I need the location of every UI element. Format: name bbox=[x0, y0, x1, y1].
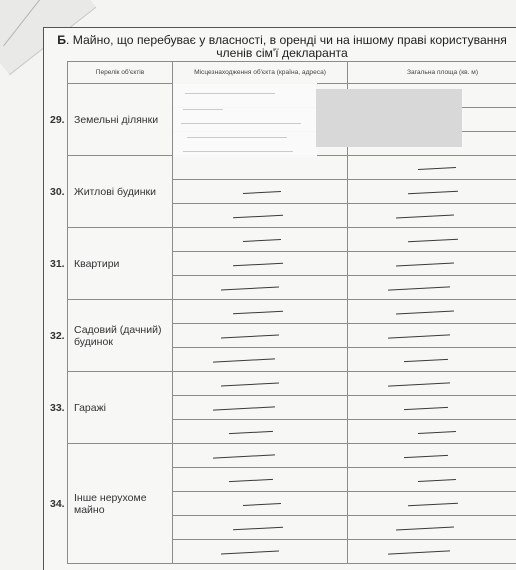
location-cell bbox=[173, 516, 348, 540]
area-cell bbox=[348, 492, 516, 516]
handwritten-dash bbox=[229, 430, 273, 433]
area-cell bbox=[348, 276, 516, 300]
handwritten-dash bbox=[233, 310, 283, 314]
location-cell bbox=[173, 348, 348, 372]
area-cell bbox=[348, 348, 516, 372]
row-label-cell: 30.Житлові будинки bbox=[68, 156, 173, 228]
handwritten-dash bbox=[388, 382, 450, 386]
area-cell bbox=[348, 324, 516, 348]
handwritten-dash bbox=[418, 431, 456, 434]
area-cell bbox=[348, 468, 516, 492]
location-cell bbox=[173, 252, 348, 276]
row-number: 32. bbox=[50, 330, 65, 342]
handwritten-dash bbox=[396, 214, 454, 218]
row-number: 29. bbox=[50, 114, 65, 126]
location-cell bbox=[173, 396, 348, 420]
handwritten-dash bbox=[213, 406, 275, 410]
handwritten-dash bbox=[233, 526, 283, 530]
section-title: Б. Майно, що перебуває у власності, в ор… bbox=[44, 34, 516, 60]
row-label: Квартири bbox=[74, 258, 119, 270]
redaction-block-area bbox=[316, 89, 462, 147]
handwritten-dash bbox=[221, 382, 279, 386]
location-cell bbox=[173, 204, 348, 228]
handwritten-dash bbox=[396, 262, 454, 266]
location-cell bbox=[173, 444, 348, 468]
location-cell bbox=[173, 276, 348, 300]
location-cell bbox=[173, 228, 348, 252]
location-cell bbox=[173, 156, 348, 180]
location-cell bbox=[173, 420, 348, 444]
header-location: Місцезнаходження об'єкта (країна, адреса… bbox=[173, 62, 348, 84]
row-label: Гаражі bbox=[74, 402, 106, 414]
area-cell bbox=[348, 420, 516, 444]
row-number: 30. bbox=[50, 186, 65, 198]
handwritten-dash bbox=[243, 191, 281, 194]
row-label: Житлові будинки bbox=[74, 186, 156, 198]
header-area: Загальна площа (кв. м) bbox=[348, 62, 516, 84]
row-label-cell: 29.Земельні ділянки bbox=[68, 84, 173, 156]
table-row: 34.Інше нерухоме майно bbox=[68, 444, 516, 468]
handwritten-dash bbox=[243, 239, 281, 242]
section-title-line1: . Майно, що перебуває у власності, в оре… bbox=[66, 33, 507, 47]
row-number: 31. bbox=[50, 258, 65, 270]
table-header-row: Перелік об'єктів Місцезнаходження об'єкт… bbox=[68, 62, 516, 84]
location-cell bbox=[173, 540, 348, 564]
area-cell bbox=[348, 252, 516, 276]
handwritten-dash bbox=[388, 550, 450, 554]
handwritten-dash bbox=[388, 334, 450, 338]
handwritten-dash bbox=[213, 358, 275, 362]
row-number: 33. bbox=[50, 402, 65, 414]
handwritten-dash bbox=[404, 358, 448, 361]
row-label: Земельні ділянки bbox=[74, 114, 158, 126]
handwritten-dash bbox=[396, 526, 454, 530]
area-cell bbox=[348, 180, 516, 204]
area-cell bbox=[348, 540, 516, 564]
location-cell bbox=[173, 324, 348, 348]
area-cell bbox=[348, 228, 516, 252]
handwritten-dash bbox=[404, 454, 448, 457]
location-cell bbox=[173, 468, 348, 492]
area-cell bbox=[348, 396, 516, 420]
area-cell bbox=[348, 204, 516, 228]
handwritten-dash bbox=[418, 479, 456, 482]
table-row: 33.Гаражі bbox=[68, 372, 516, 396]
location-cell bbox=[173, 180, 348, 204]
handwritten-dash bbox=[388, 286, 450, 290]
handwritten-dash bbox=[404, 406, 448, 409]
handwritten-dash bbox=[221, 550, 279, 554]
header-objects: Перелік об'єктів bbox=[68, 62, 173, 84]
row-label-cell: 32.Садовий (дачний) будинок bbox=[68, 300, 173, 372]
area-cell bbox=[348, 300, 516, 324]
handwritten-dash bbox=[396, 310, 454, 314]
form-section-frame: Б. Майно, що перебуває у власності, в ор… bbox=[43, 27, 516, 570]
location-cell bbox=[173, 492, 348, 516]
handwritten-dash bbox=[408, 502, 458, 506]
handwritten-dash bbox=[213, 454, 275, 458]
area-cell bbox=[348, 156, 516, 180]
handwritten-dash bbox=[408, 190, 458, 194]
section-title-line2: членів сім'ї декларанта bbox=[216, 46, 348, 60]
handwritten-dash bbox=[408, 238, 458, 242]
table-row: 30.Житлові будинки bbox=[68, 156, 516, 180]
area-cell bbox=[348, 444, 516, 468]
row-label: Інше нерухоме майно bbox=[74, 492, 164, 516]
table-row: 32.Садовий (дачний) будинок bbox=[68, 300, 516, 324]
section-letter: Б bbox=[57, 33, 66, 47]
row-label: Садовий (дачний) будинок bbox=[74, 324, 164, 348]
table-row: 31.Квартири bbox=[68, 228, 516, 252]
row-number: 34. bbox=[50, 498, 65, 510]
handwritten-dash bbox=[229, 478, 273, 481]
area-cell bbox=[348, 516, 516, 540]
area-cell bbox=[348, 372, 516, 396]
handwritten-dash bbox=[221, 334, 279, 338]
redaction-block-location bbox=[173, 83, 317, 157]
row-label-cell: 31.Квартири bbox=[68, 228, 173, 300]
location-cell bbox=[173, 300, 348, 324]
handwritten-dash bbox=[233, 262, 283, 266]
handwritten-dash bbox=[233, 214, 283, 218]
handwritten-dash bbox=[243, 503, 281, 506]
row-label-cell: 33.Гаражі bbox=[68, 372, 173, 444]
row-label-cell: 34.Інше нерухоме майно bbox=[68, 444, 173, 564]
location-cell bbox=[173, 372, 348, 396]
handwritten-dash bbox=[418, 167, 456, 170]
handwritten-dash bbox=[221, 286, 279, 290]
